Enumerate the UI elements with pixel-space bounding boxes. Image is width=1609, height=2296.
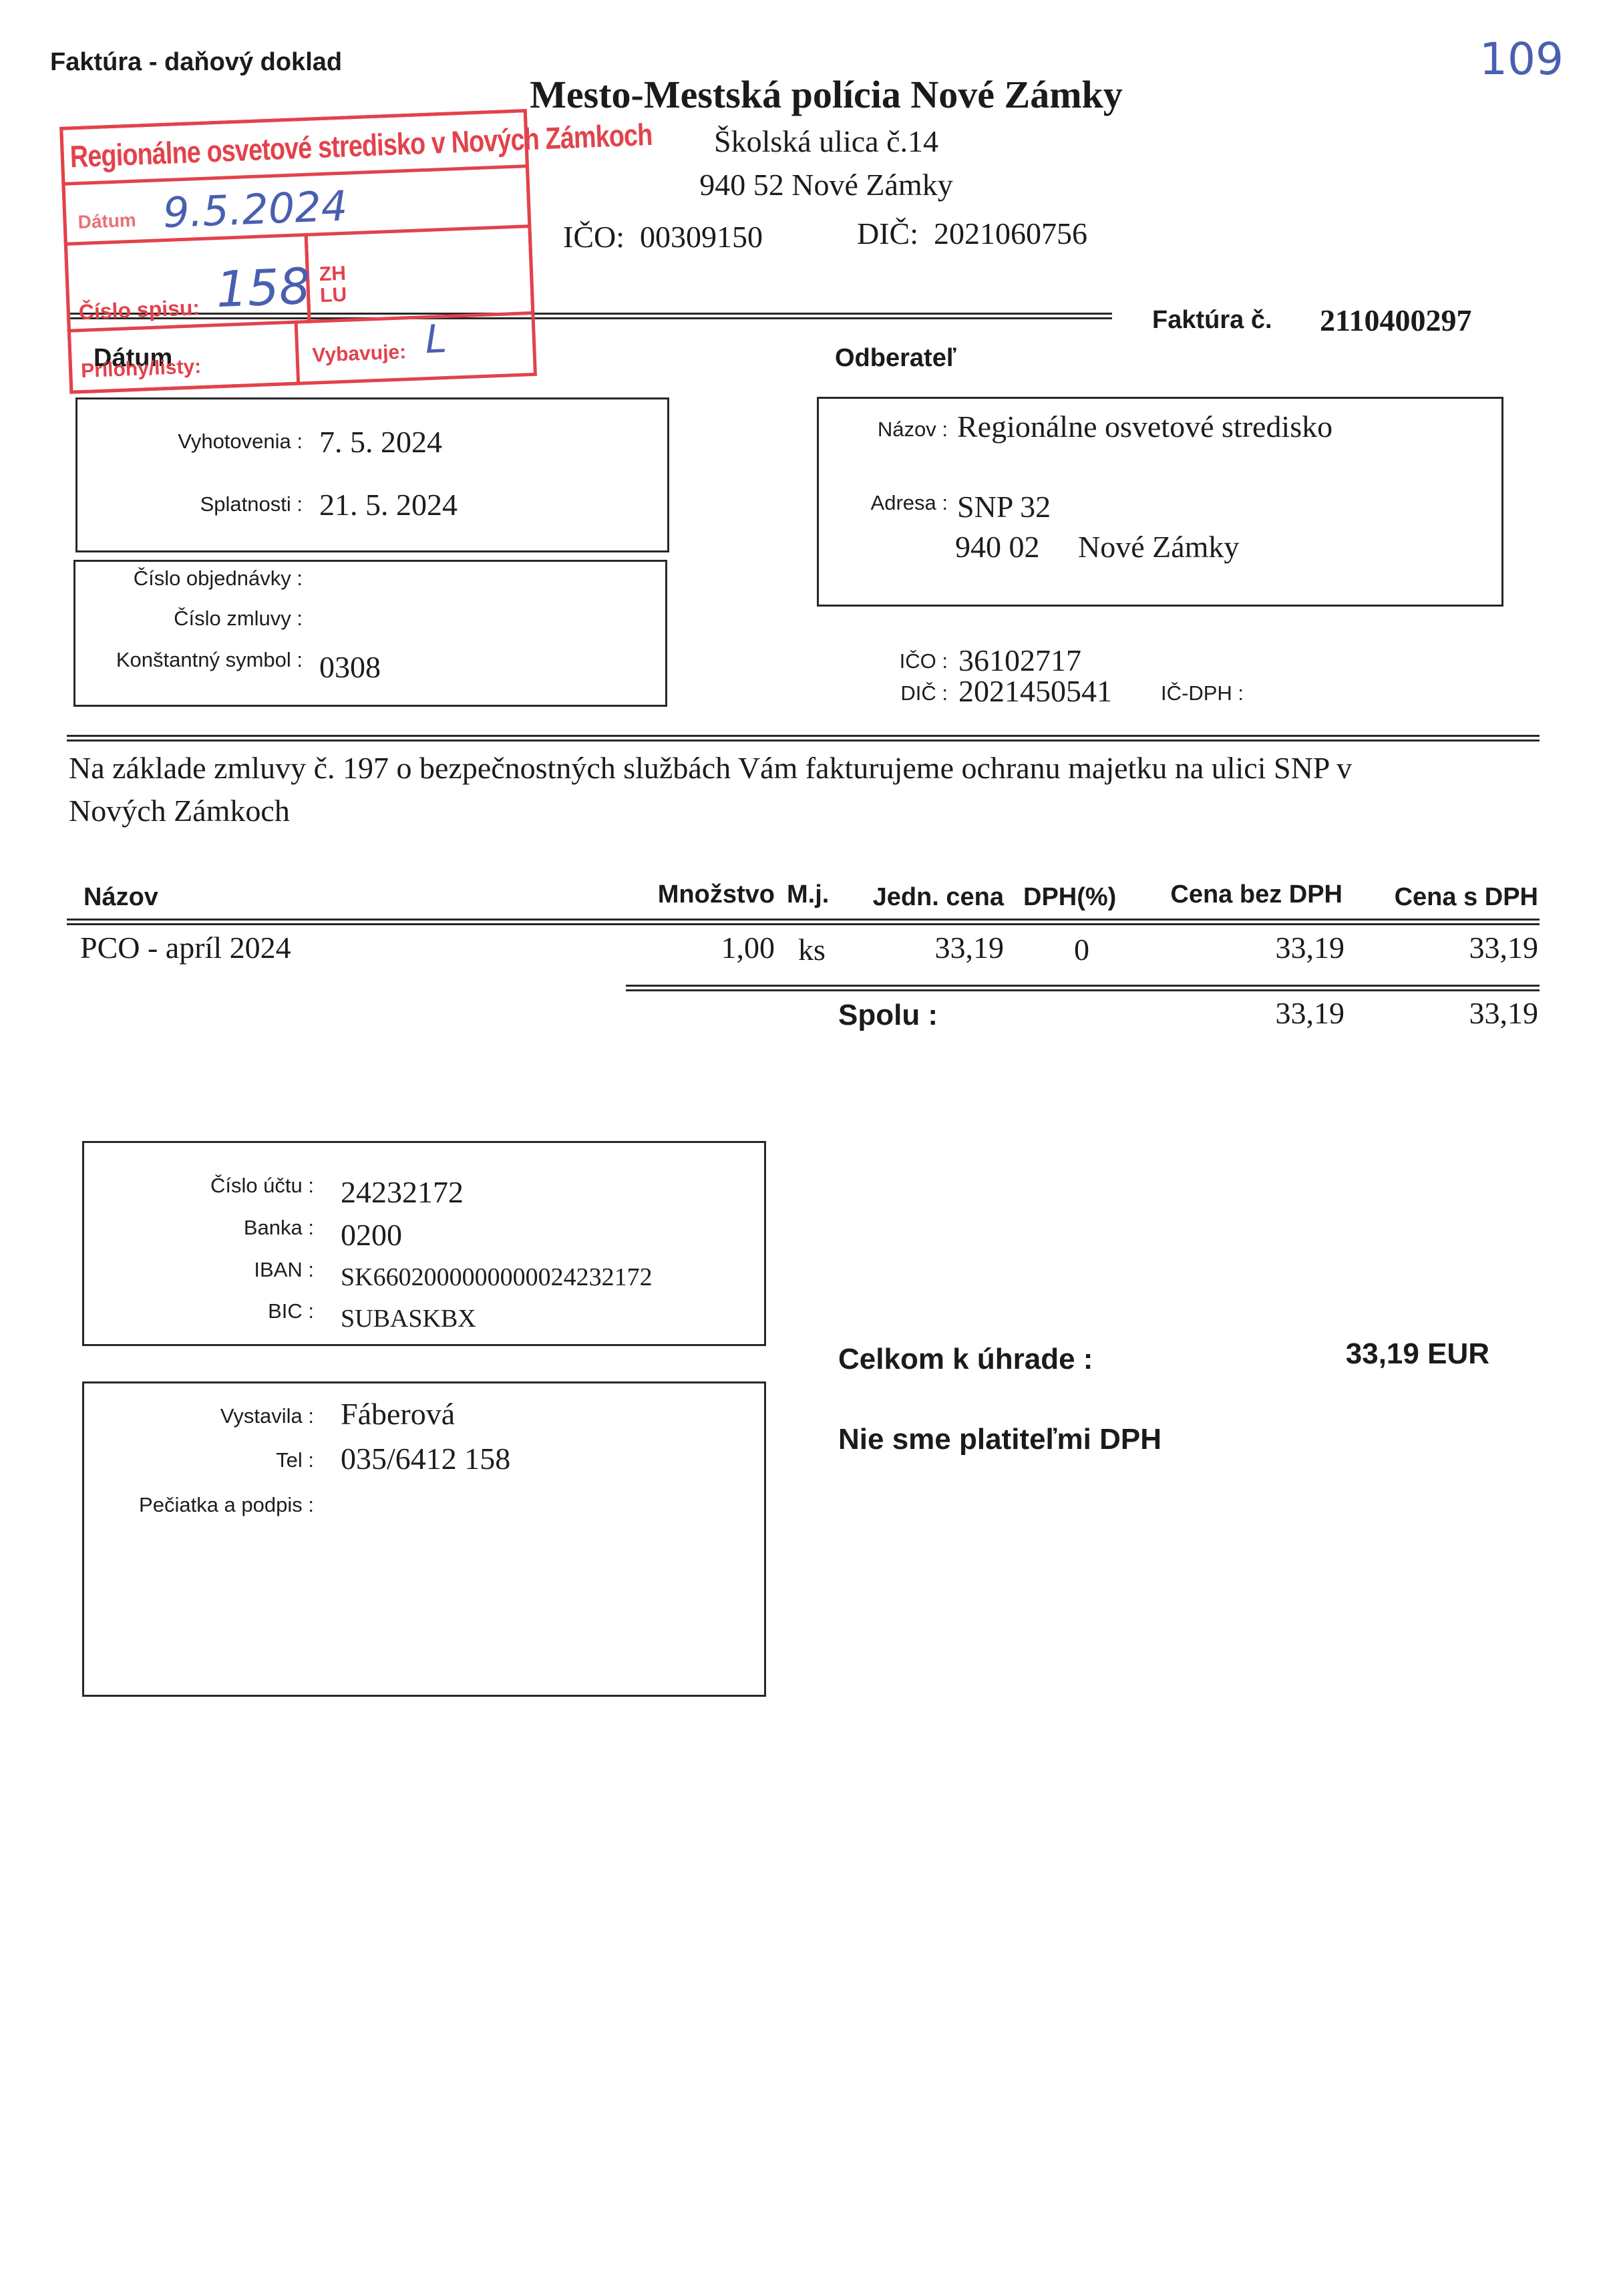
cell-qty: 1,00 xyxy=(601,930,775,965)
section-divider xyxy=(67,735,1540,742)
total-gross: 33,19 xyxy=(1356,995,1538,1031)
col-header-qty: Množstvo xyxy=(601,880,775,909)
customer-street: SNP 32 xyxy=(957,489,1051,524)
total-net: 33,19 xyxy=(1135,995,1345,1031)
bic-label: BIC : xyxy=(82,1299,314,1323)
customer-city: Nové Zámky xyxy=(1078,529,1239,564)
due-date: 21. 5. 2024 xyxy=(319,487,458,522)
iban-label: IBAN : xyxy=(82,1258,314,1282)
supplier-ico-value: 00309150 xyxy=(640,220,763,254)
vat-note: Nie sme platiteľmi DPH xyxy=(838,1423,1161,1456)
col-header-vat: DPH(%) xyxy=(1023,883,1116,912)
col-header-net: Cena bez DPH xyxy=(1122,880,1343,909)
customer-dic: 2021450541 xyxy=(958,673,1112,709)
document-type: Faktúra - daňový doklad xyxy=(50,48,342,77)
invoice-description: Na základe zmluvy č. 197 o bezpečnostnýc… xyxy=(69,747,1352,832)
supplier-dic: DIČ: 2021060756 xyxy=(857,216,1087,251)
supplier-name: Mesto-Mestská polícia Nové Zámky xyxy=(506,72,1147,117)
contract-number-label: Číslo zmluvy : xyxy=(75,607,303,631)
account-number: 24232172 xyxy=(341,1174,464,1210)
stamp-file-handwritten: 158 xyxy=(215,258,311,319)
stamp-date-handwritten: 9.5.2024 xyxy=(162,182,349,238)
supplier-city: 940 52 Nové Zámky xyxy=(506,167,1147,202)
customer-name: Regionálne osvetové stredisko xyxy=(957,409,1332,444)
cell-net: 33,19 xyxy=(1135,930,1345,965)
customer-name-label: Názov : xyxy=(817,418,948,442)
bic: SUBASKBX xyxy=(341,1304,476,1333)
constant-symbol: 0308 xyxy=(319,649,381,685)
description-line-1: Na základe zmluvy č. 197 o bezpečnostnýc… xyxy=(69,747,1352,790)
customer-heading: Odberateľ xyxy=(835,344,956,373)
amount-due: 33,19 EUR xyxy=(1269,1337,1489,1371)
col-header-unit-price: Jedn. cena xyxy=(835,883,1004,912)
issued-date: 7. 5. 2024 xyxy=(319,424,442,460)
dates-box xyxy=(75,397,669,552)
col-header-unit: M.j. xyxy=(787,880,829,909)
customer-postal: 940 02 xyxy=(955,529,1040,564)
due-label: Splatnosti : xyxy=(75,492,303,516)
supplier-dic-label: DIČ: xyxy=(857,216,918,251)
bank-code-label: Banka : xyxy=(82,1216,314,1240)
stamp-file-label: Číslo spisu: xyxy=(78,295,200,325)
customer-icdph-label: IČ-DPH : xyxy=(1161,681,1244,705)
invoice-number-label: Faktúra č. xyxy=(1152,306,1272,335)
issued-by: Fáberová xyxy=(341,1396,455,1432)
customer-dic-label: DIČ : xyxy=(817,681,948,705)
amount-due-label: Celkom k úhrade : xyxy=(838,1343,1093,1376)
stamp-dept-line-2: LU xyxy=(320,285,347,307)
constant-symbol-label: Konštantný symbol : xyxy=(75,648,303,672)
handwritten-page-number: 109 xyxy=(1479,33,1564,85)
cell-vat-pct: 0 xyxy=(1074,932,1089,967)
table-total-divider xyxy=(626,985,1540,991)
invoice-number: 2110400297 xyxy=(1320,303,1471,338)
iban: SK6602000000000024232172 xyxy=(341,1263,653,1292)
supplier-ico-label: IČO: xyxy=(563,220,624,254)
col-header-name: Názov xyxy=(83,883,158,912)
issued-label: Vyhotovenia : xyxy=(75,430,303,454)
customer-address-label: Adresa : xyxy=(817,491,948,515)
bank-code: 0200 xyxy=(341,1217,402,1253)
received-stamp: Regionálne osvetové stredisko v Nových Z… xyxy=(59,89,537,394)
stamp-attachments-label: Prílohy/listy: xyxy=(81,355,202,383)
table-header-divider xyxy=(67,919,1540,925)
cell-gross: 33,19 xyxy=(1356,930,1538,965)
phone-label: Tel : xyxy=(82,1448,314,1472)
phone: 035/6412 158 xyxy=(341,1441,510,1476)
stamp-handled-by-label: Vybavuje: xyxy=(312,341,407,367)
stamp-dept: ZH LU xyxy=(319,263,347,307)
description-line-2: Nových Zámkoch xyxy=(69,790,1352,832)
total-label: Spolu : xyxy=(838,999,938,1032)
customer-ico-label: IČO : xyxy=(817,649,948,673)
supplier-dic-value: 2021060756 xyxy=(934,216,1087,251)
stamp-dept-line-1: ZH xyxy=(319,263,346,286)
stamp-handled-by-handwritten: L xyxy=(424,316,448,362)
cell-name: PCO - apríl 2024 xyxy=(80,930,291,965)
order-number-label: Číslo objednávky : xyxy=(75,566,303,591)
cell-unit: ks xyxy=(798,932,826,967)
stamp-signature-label: Pečiatka a podpis : xyxy=(82,1493,314,1517)
account-label: Číslo účtu : xyxy=(82,1174,314,1198)
cell-unit-price: 33,19 xyxy=(835,930,1004,965)
supplier-ico: IČO: 00309150 xyxy=(563,219,763,255)
issued-by-label: Vystavila : xyxy=(82,1404,314,1428)
col-header-gross: Cena s DPH xyxy=(1356,883,1538,912)
stamp-date-label: Dátum xyxy=(77,210,136,233)
